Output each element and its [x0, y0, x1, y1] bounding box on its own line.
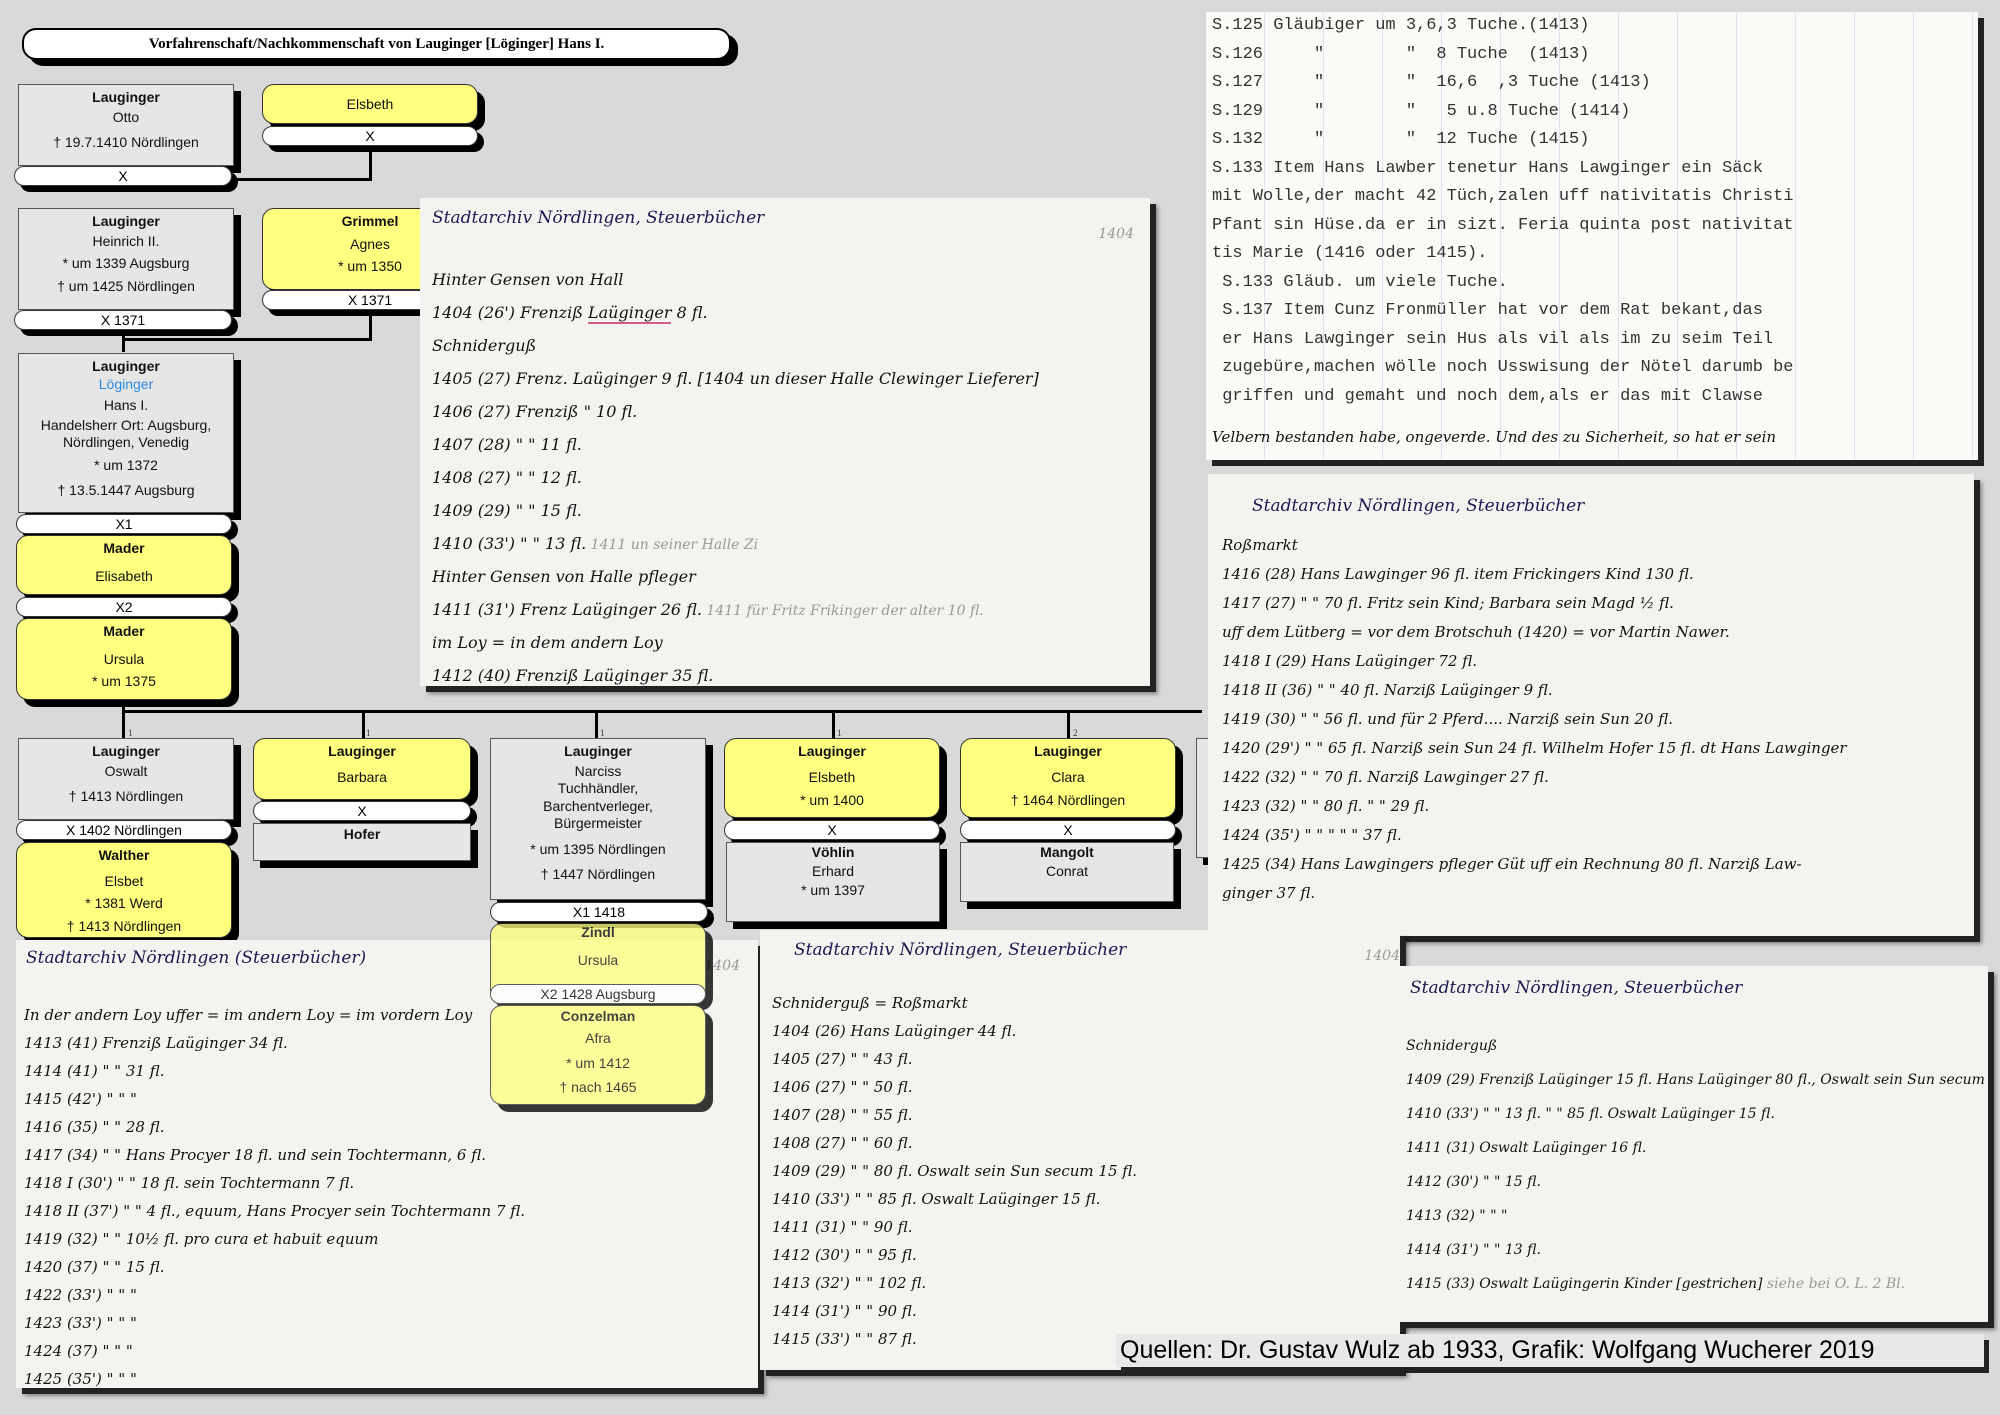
person-elsbeth-lauginger[interactable]: Lauginger Elsbeth * um 1400 [724, 738, 940, 818]
card-section-heading: Schniderguß [432, 336, 536, 355]
generation-index: 1 [128, 728, 133, 738]
page-number: 1404 [1098, 226, 1134, 242]
card-entry: 1416 (28) Hans Lawginger 96 fl. item Fri… [1222, 565, 1694, 583]
card-entry: 1415 (42') " " " [24, 1090, 137, 1108]
connector-line [122, 338, 372, 341]
given-name: Oswalt [19, 763, 233, 781]
card-header: Stadtarchiv Nördlingen (Steuerbücher) [26, 948, 366, 968]
person-otto-lauginger[interactable]: Lauginger Otto † 19.7.1410 Nördlingen [18, 84, 234, 166]
card-entry: 1419 (30) " " 56 fl. und für 2 Pferd....… [1222, 710, 1673, 728]
person-hans-lauginger[interactable]: Lauginger Löginger Hans I. Handelsherr O… [18, 353, 234, 513]
surname: Mangolt [961, 844, 1173, 862]
given-name: Elisabeth [17, 568, 231, 586]
death-date: † 13.5.1447 Augsburg [19, 482, 233, 500]
typed-line: tis Marie (1416 oder 1415). [1212, 244, 1487, 263]
generation-index: 2 [1073, 728, 1078, 738]
person-ursula-mader[interactable]: Mader Ursula * um 1375 [16, 618, 232, 700]
card-entry: 1408 (27) " " 60 fl. [772, 1134, 912, 1152]
given-name: Otto [19, 109, 233, 127]
person-elsbeth[interactable]: Elsbeth [262, 84, 478, 124]
card-entry: 1409 (29) Frenziß Laüginger 15 fl. Hans … [1406, 1072, 1988, 1088]
typed-line: S.137 Item Cunz Fronmüller hat vor dem R… [1212, 301, 1763, 320]
typed-line: S.127 " " 16,6 ,3 Tuche (1413) [1212, 73, 1651, 92]
generation-index: 1 [366, 728, 371, 738]
surname: Walther [17, 847, 231, 865]
card-entry: 1414 (41) " " 31 fl. [24, 1062, 164, 1080]
card-entry: 1422 (32) " " 70 fl. Narziß Lawginger 27… [1222, 768, 1549, 786]
card-entry: 1424 (37) " " " [24, 1342, 133, 1360]
card-entry: 1406 (27) Frenziß " 10 fl. [432, 402, 637, 421]
occupation: Handelsherr Ort: Augsburg, Nördlingen, V… [19, 417, 233, 452]
given-name: Elsbet [17, 873, 231, 891]
pencil-note: 1411 für Fritz Frikinger der alter 10 fl… [702, 603, 984, 619]
card-section-heading: In der andern Loy uffer = im andern Loy … [24, 1006, 472, 1024]
death-date: † nach 1465 [491, 1079, 705, 1097]
connector-line [369, 310, 372, 340]
card-header: Stadtarchiv Nördlingen, Steuerbücher [794, 940, 1126, 960]
card-entry: 1413 (41) Frenziß Laüginger 34 fl. [24, 1034, 288, 1052]
surname: Lauginger [19, 743, 233, 761]
alias-name: Löginger [19, 376, 233, 394]
card-entry: 1418 I (30') " " 18 fl. sein Tochtermann… [24, 1174, 354, 1192]
typed-line: S.133 Gläub. um viele Tuche. [1212, 273, 1508, 292]
surname: Mader [17, 540, 231, 558]
person-clara-lauginger[interactable]: Lauginger Clara † 1464 Nördlingen [960, 738, 1176, 818]
connector-line [369, 150, 372, 180]
birth-date: * um 1372 [19, 457, 233, 475]
person-narciss-lauginger[interactable]: Lauginger Narciss Tuchhändler, Barchentv… [490, 738, 706, 900]
marriage-label: X 1371 [14, 310, 232, 330]
card-entry: im Loy = in dem andern Loy [432, 633, 663, 652]
pencil-note: 1411 un seiner Halle Zi [586, 537, 758, 553]
given-name: Barbara [254, 769, 470, 787]
marriage-label: X [253, 801, 471, 821]
card-entry: 1407 (28) " " 11 fl. [432, 435, 582, 454]
given-name: Narciss [491, 763, 705, 781]
card-entry: 1414 (31') " " 13 fl. [1406, 1242, 1541, 1258]
card-entry: 1405 (27) Frenz. Laüginger 9 fl. [1404 u… [432, 369, 1039, 388]
birth-date: * um 1397 [727, 882, 939, 900]
card-header: Stadtarchiv Nördlingen, Steuerbücher [432, 208, 764, 228]
card-entry: 1408 (27) " " 12 fl. [432, 468, 582, 487]
surname: Conzelman [491, 1008, 705, 1026]
card-section-heading: Hinter Gensen von Halle pfleger [432, 567, 696, 586]
typed-transcript-card: S.125 Gläubiger um 3,6,3 Tuche.(1413)S.1… [1206, 12, 1978, 460]
given-name: Hans I. [19, 397, 233, 415]
pencil-note: siehe bei O. L. 2 Bl. [1762, 1276, 1905, 1292]
surname: Hofer [254, 826, 470, 844]
card-entry: 1413 (32') " " 102 fl. [772, 1274, 926, 1292]
card-entry: 1415 (33') " " 87 fl. [772, 1330, 917, 1348]
surname: Zindl [491, 924, 705, 942]
card-entry: 1423 (32) " " 80 fl. " " 29 fl. [1222, 797, 1429, 815]
person-hofer[interactable]: Hofer [253, 823, 471, 861]
card-entry: 1411 (31) Oswalt Laüginger 16 fl. [1406, 1140, 1646, 1156]
card-section-heading: Hinter Gensen von Hall [432, 270, 623, 289]
generation-index: 1 [600, 728, 605, 738]
card-entry: 1404 (26) Hans Laüginger 44 fl. [772, 1022, 1016, 1040]
card-entry: 1422 (33') " " " [24, 1286, 137, 1304]
person-elsbet-walther[interactable]: Walther Elsbet * 1381 Werd † 1413 Nördli… [16, 842, 232, 938]
surname: Lauginger [491, 743, 705, 761]
card-entry: 1418 I (29) Hans Laüginger 72 fl. [1222, 652, 1477, 670]
card-entry: 1417 (34) " " Hans Procyer 18 fl. und se… [24, 1146, 486, 1164]
marriage-label: X [960, 820, 1176, 840]
typed-line: er Hans Lawginger sein Hus als vil als i… [1212, 330, 1773, 349]
given-name: Clara [961, 769, 1175, 787]
card-entry: ginger 37 fl. [1222, 884, 1315, 902]
surname: Lauginger [19, 89, 233, 107]
typed-line: S.133 Item Hans Lawber tenetur Hans Lawg… [1212, 159, 1763, 178]
archive-card-f: Stadtarchiv Nördlingen, Steuerbücher Sch… [1396, 966, 1988, 1322]
given-name: Ursula [17, 651, 231, 669]
person-heinrich-lauginger[interactable]: Lauginger Heinrich II. * um 1339 Augsbur… [18, 208, 234, 310]
card-section-heading: Schniderguß = Roßmarkt [772, 994, 968, 1012]
card-section-heading: Roßmarkt [1222, 536, 1298, 554]
birth-date: * um 1412 [491, 1055, 705, 1073]
surname: Lauginger [19, 213, 233, 231]
card-entry: 1409 (29) " " 15 fl. [432, 501, 582, 520]
death-date: † 1447 Nördlingen [491, 866, 705, 884]
marriage-label: X2 [16, 597, 232, 617]
card-entry: 1416 (35) " " 28 fl. [24, 1118, 164, 1136]
typed-line: griffen und gemaht und noch dem,als er d… [1212, 387, 1763, 406]
chart-title: Vorfahrenschaft/Nachkommenschaft von Lau… [22, 28, 731, 60]
given-name: Elsbeth [725, 769, 939, 787]
person-erhard-voehlin[interactable]: Vöhlin Erhard * um 1397 [726, 842, 940, 922]
card-entry: 1425 (34) Hans Lawgingers pfleger Güt uf… [1222, 855, 1802, 873]
death-date: † 1464 Nördlingen [961, 792, 1175, 810]
card-entry: 1405 (27) " " 43 fl. [772, 1050, 912, 1068]
given-name: Afra [491, 1030, 705, 1048]
credit-caption: Quellen: Dr. Gustav Wulz ab 1933, Grafik… [1116, 1334, 1984, 1367]
page-number: 1404 [704, 958, 740, 974]
card-entry: 1425 (35') " " " [24, 1370, 137, 1388]
card-header: Stadtarchiv Nördlingen, Steuerbücher [1252, 496, 1584, 516]
person-elisabeth-mader[interactable]: Mader Elisabeth [16, 535, 232, 595]
typed-line: zugebüre,machen wölle noch Usswisung der… [1212, 358, 1794, 377]
birth-date: * um 1339 Augsburg [19, 255, 233, 273]
marriage-label: X [262, 126, 478, 146]
typed-line: S.126 " " 8 Tuche (1413) [1212, 45, 1589, 64]
card-entry: 1423 (33') " " " [24, 1314, 137, 1332]
card-entry: 1414 (31') " " 90 fl. [772, 1302, 917, 1320]
archive-card-e: Stadtarchiv Nördlingen, Steuerbücher 140… [760, 930, 1400, 1370]
typed-line: mit Wolle,der macht 42 Tüch,zalen uff na… [1212, 187, 1794, 206]
card-entry: 1406 (27) " " 50 fl. [772, 1078, 912, 1096]
surname: Lauginger [19, 358, 233, 376]
generation-index: 1 [837, 728, 842, 738]
marriage-label: X [14, 166, 232, 186]
card-entry: 1415 (33) Oswalt Laügingerin Kinder [ges… [1406, 1276, 1905, 1292]
death-date: † 1413 Nördlingen [17, 918, 231, 936]
typed-line: S.129 " " 5 u.8 Tuche (1414) [1212, 102, 1630, 121]
marriage-label: X [724, 820, 940, 840]
card-entry: 1417 (27) " " 70 fl. Fritz sein Kind; Ba… [1222, 594, 1674, 612]
typed-line: Pfant sin Hüse.da er in sizt. Feria quin… [1212, 216, 1794, 235]
card-entry: uff dem Lütberg = vor dem Brotschuh (142… [1222, 623, 1730, 641]
card-entry: 1420 (29') " " 65 fl. Narziß sein Sun 24… [1222, 739, 1847, 757]
death-date: † 1413 Nördlingen [19, 788, 233, 806]
typed-line: S.132 " " 12 Tuche (1415) [1212, 130, 1589, 149]
surname: Lauginger [725, 743, 939, 761]
card-entry: 1424 (35') " " " " " 37 fl. [1222, 826, 1402, 844]
surname: Mader [17, 623, 231, 641]
birth-date: * um 1395 Nördlingen [491, 841, 705, 859]
birth-date: * um 1400 [725, 792, 939, 810]
card-entry: 1409 (29) " " 80 fl. Oswalt sein Sun sec… [772, 1162, 1137, 1180]
typed-line: S.125 Gläubiger um 3,6,3 Tuche.(1413) [1212, 16, 1589, 35]
given-name: Heinrich II. [19, 233, 233, 251]
person-afra-conzelman[interactable]: Conzelman Afra * um 1412 † nach 1465 [490, 1005, 706, 1105]
card-entry: 1420 (37) " " 15 fl. [24, 1258, 164, 1276]
marriage-label: X2 1428 Augsburg [490, 984, 706, 1004]
card-entry: 1410 (33') " " 85 fl. Oswalt Laüginger 1… [772, 1190, 1100, 1208]
handwritten-line: Velbern bestanden habe, ongeverde. Und d… [1212, 428, 1776, 446]
surname: Lauginger [254, 743, 470, 761]
card-entry: 1411 (31') Frenz Laüginger 26 fl. 1411 f… [432, 600, 984, 619]
card-entry: 1412 (40) Frenziß Laüginger 35 fl. [432, 666, 713, 685]
given-name: Conrat [961, 863, 1173, 881]
birth-date: * 1381 Werd [17, 895, 231, 913]
card-entry: 1419 (32) " " 10½ fl. pro cura et habuit… [24, 1230, 378, 1248]
marriage-label: X 1402 Nördlingen [16, 820, 232, 840]
person-barbara-lauginger[interactable]: Lauginger Barbara [253, 738, 471, 800]
marriage-label: X1 1418 [490, 902, 708, 922]
card-section-heading: Schniderguß [1406, 1038, 1497, 1054]
person-conrat-mangolt[interactable]: Mangolt Conrat [960, 842, 1174, 902]
death-date: † um 1425 Nördlingen [19, 278, 233, 296]
card-entry: 1418 II (36) " " 40 fl. Narziß Laüginger… [1222, 681, 1553, 699]
death-date: † 19.7.1410 Nördlingen [19, 134, 233, 152]
given-name: Elsbeth [347, 96, 394, 112]
marriage-label: X1 [16, 514, 232, 534]
given-name: Erhard [727, 863, 939, 881]
connector-line [122, 710, 1202, 713]
person-oswalt-lauginger[interactable]: Lauginger Oswalt † 1413 Nördlingen [18, 738, 234, 820]
card-entry: 1412 (30') " " 15 fl. [1406, 1174, 1541, 1190]
occupation: Tuchhändler, Barchentverleger, Bürgermei… [491, 780, 705, 833]
card-entry: 1410 (33') " " 13 fl. 1411 un seiner Hal… [432, 534, 758, 553]
surname: Lauginger [961, 743, 1175, 761]
card-header: Stadtarchiv Nördlingen, Steuerbücher [1410, 978, 1742, 998]
card-entry: 1404 (26') Frenziß Laüginger 8 fl. [432, 303, 708, 322]
card-entry: 1412 (30') " " 95 fl. [772, 1246, 917, 1264]
birth-date: * um 1375 [17, 673, 231, 691]
surname: Vöhlin [727, 844, 939, 862]
archive-card-a: Stadtarchiv Nördlingen, Steuerbücher 140… [420, 198, 1150, 686]
page-number: 1404 [1364, 948, 1400, 964]
card-entry: 1411 (31) " " 90 fl. [772, 1218, 912, 1236]
archive-card-c: Stadtarchiv Nördlingen, Steuerbücher Roß… [1208, 474, 1974, 936]
card-entry: 1413 (32) " " " [1406, 1208, 1508, 1224]
card-entry: 1407 (28) " " 55 fl. [772, 1106, 912, 1124]
card-entry: 1418 II (37') " " 4 fl., equum, Hans Pro… [24, 1202, 525, 1220]
given-name: Ursula [491, 952, 705, 970]
card-entry: 1410 (33') " " 13 fl. " " 85 fl. Oswalt … [1406, 1106, 1775, 1122]
